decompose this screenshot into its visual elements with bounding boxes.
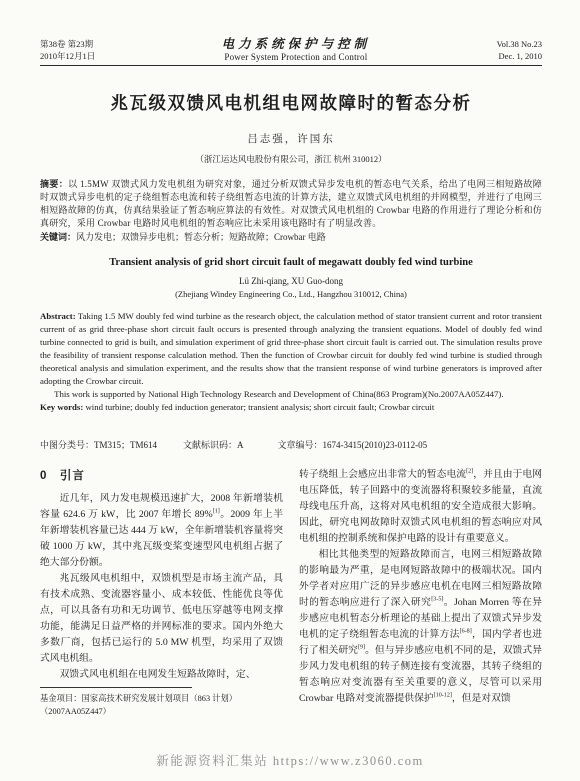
footnote-separator — [40, 687, 192, 688]
section-heading-introduction: 0 引言 — [40, 468, 283, 484]
keywords-en-text: wind turbine; doubly fed induction gener… — [85, 402, 434, 412]
article-id: 文章编号：1674-3415(2010)23-0112-05 — [278, 438, 428, 451]
left-column: 0 引言 近几年，风力发电规模迅速扩大，2008 年新增装机容量 624.6 万… — [40, 467, 283, 718]
keywords-cn: 关键词：风力发电；双馈异步电机；暂态分析；短路故障；Crowbar 电路 — [40, 231, 542, 244]
clc-number: 中图分类号：TM315；TM614 — [40, 438, 157, 451]
body-paragraph: 近几年，风力发电规模迅速扩大，2008 年新增装机容量 624.6 万 kW，比… — [40, 491, 283, 571]
abstract-cn: 摘要：以 1.5MW 双馈式风力发电机组为研究对象，通过分析双馈式异步发电机的暂… — [40, 178, 542, 230]
header-center: 电力系统保护与控制 Power System Protection and Co… — [222, 34, 371, 62]
paper-page: 第38卷 第23期 2010年12月1日 电力系统保护与控制 Power Sys… — [0, 0, 580, 781]
abstract-en-label: Abstract: — [40, 311, 76, 321]
authors-cn: 吕志强，许国东 — [40, 131, 542, 146]
keywords-en-label: Key words: — [40, 402, 83, 412]
body-paragraph: 相比其他类型的短路故障而言，电网三相短路故障的影响最为严重，是电网短路故障中的极… — [299, 547, 542, 707]
body-paragraph: 双馈式风电机组在电网发生短路故障时，定、 — [40, 667, 283, 683]
classification-row: 中图分类号：TM315；TM614 文献标识码：A 文章编号：1674-3415… — [40, 438, 542, 451]
date-en: Dec. 1, 2010 — [497, 50, 542, 62]
affiliation-en: (Zhejiang Windey Engineering Co., Ltd., … — [40, 289, 542, 299]
abstract-en: Abstract: Taking 1.5 MW doubly fed wind … — [40, 310, 542, 388]
keywords-cn-label: 关键词： — [40, 232, 76, 242]
funding-footnote-line2: （2007AA05Z447） — [40, 705, 283, 718]
body-columns: 0 引言 近几年，风力发电规模迅速扩大，2008 年新增装机容量 624.6 万… — [40, 467, 542, 718]
funding-footnote: 基金项目：国家高技术研究发展计划项目（863 计划） （2007AA05Z447… — [40, 683, 283, 718]
header-right: Vol.38 No.23 Dec. 1, 2010 — [497, 38, 542, 62]
authors-en: Lü Zhi-qiang, XU Guo-dong — [40, 276, 542, 286]
journal-name-en: Power System Protection and Control — [222, 52, 371, 62]
keywords-en: Key words: wind turbine; doubly fed indu… — [40, 401, 542, 414]
journal-name-cn: 电力系统保护与控制 — [222, 34, 371, 52]
journal-header: 第38卷 第23期 2010年12月1日 电力系统保护与控制 Power Sys… — [40, 34, 542, 66]
keywords-cn-text: 风力发电；双馈异步电机；暂态分析；短路故障；Crowbar 电路 — [76, 232, 326, 242]
date-cn: 2010年12月1日 — [40, 50, 95, 62]
body-paragraph: 转子绕组上会感应出非常大的暂态电流[2]，并且由于电网电压降低，转子回路中的变流… — [299, 467, 542, 547]
funding-note-en: This work is supported by National High … — [40, 388, 542, 401]
right-column: 转子绕组上会感应出非常大的暂态电流[2]，并且由于电网电压降低，转子回路中的变流… — [299, 467, 542, 718]
body-paragraph: 兆瓦级风电机组中，双馈机型是市场主流产品，具有技术成熟、变流器容量小、成本较低、… — [40, 571, 283, 667]
paper-title-en: Transient analysis of grid short circuit… — [40, 257, 542, 268]
affiliation-cn: （浙江运达风电股份有限公司，浙江 杭州 310012） — [40, 153, 542, 165]
volume-issue-cn: 第38卷 第23期 — [40, 38, 95, 50]
abstract-cn-label: 摘要： — [40, 179, 68, 189]
paper-title-cn: 兆瓦级双馈风电机组电网故障时的暂态分析 — [40, 90, 542, 115]
abstract-en-text: Taking 1.5 MW doubly fed wind turbine as… — [40, 311, 542, 386]
funding-footnote-line1: 基金项目：国家高技术研究发展计划项目（863 计划） — [40, 692, 283, 705]
document-code: 文献标识码：A — [183, 438, 244, 451]
header-left: 第38卷 第23期 2010年12月1日 — [40, 38, 95, 62]
page-content: 第38卷 第23期 2010年12月1日 电力系统保护与控制 Power Sys… — [0, 0, 580, 718]
abstract-cn-text: 以 1.5MW 双馈式风力发电机组为研究对象，通过分析双馈式异步发电机的暂态电气… — [40, 179, 542, 228]
volume-issue-en: Vol.38 No.23 — [497, 38, 542, 50]
watermark-source-site: 新能源资料汇集站 https://www.z3060.com — [0, 751, 580, 769]
